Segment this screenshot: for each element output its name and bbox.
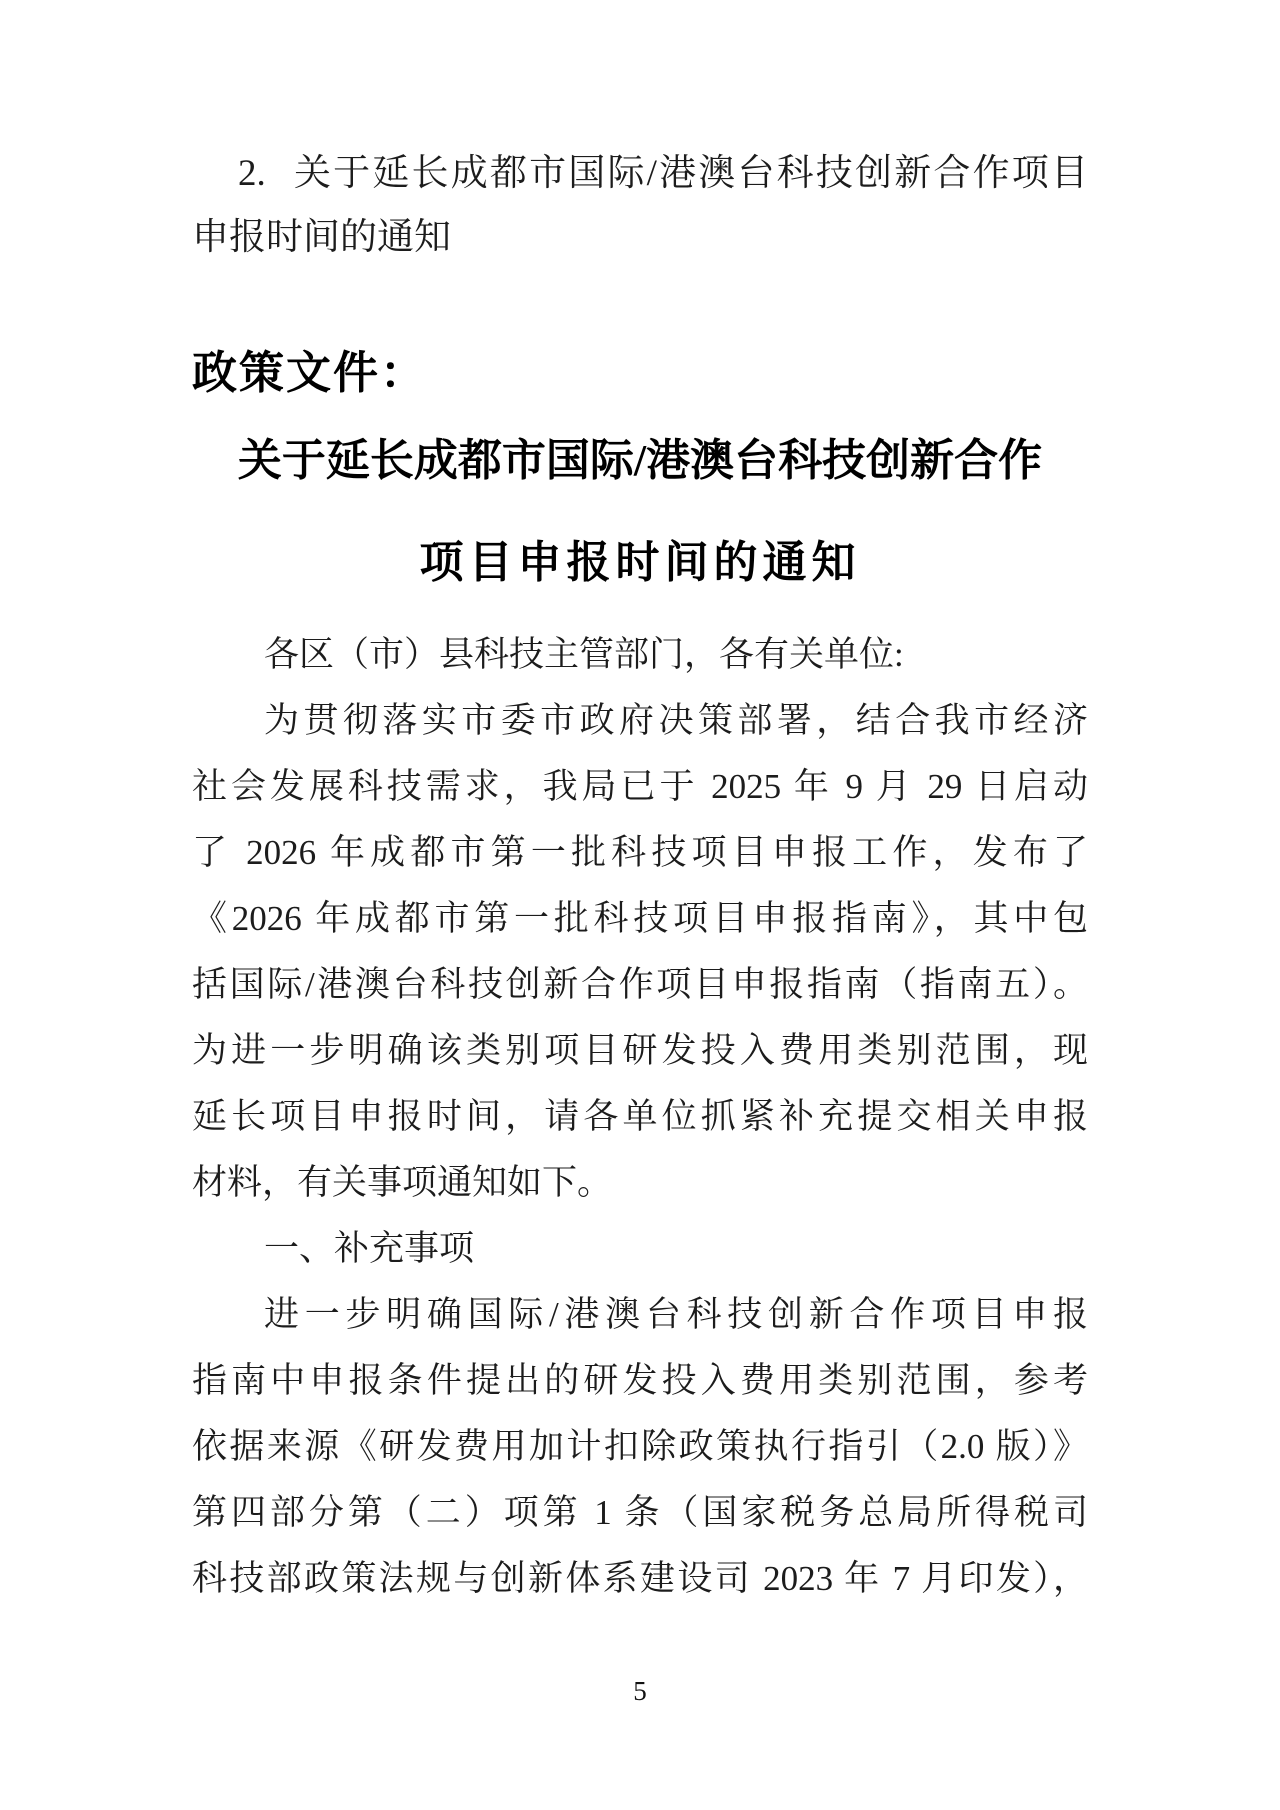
- body-line-section-heading: 一、补充事项: [192, 1216, 1088, 1282]
- notice-title-line-1: 关于延长成都市国际/港澳台科技创新合作: [192, 410, 1088, 512]
- body-text: 各区（市）县科技主管部门，各有关单位: 为贯彻落实市委市政府决策部署，结合我市经…: [192, 622, 1088, 1612]
- body-line: 进一步明确国际/港澳台科技创新合作项目申报: [192, 1282, 1088, 1348]
- list-item-line-1: 2.关于延长成都市国际/港澳台科技创新合作项目: [192, 142, 1088, 206]
- list-item: 2.关于延长成都市国际/港澳台科技创新合作项目 申报时间的通知: [192, 142, 1088, 270]
- page-number: 5: [0, 1676, 1280, 1707]
- body-line: 指南中申报条件提出的研发投入费用类别范围，参考: [192, 1348, 1088, 1414]
- notice-title-line-2: 项目申报时间的通知: [192, 512, 1088, 614]
- body-line: 材料，有关事项通知如下。: [192, 1150, 1088, 1216]
- body-line: 延长项目申报时间，请各单位抓紧补充提交相关申报: [192, 1084, 1088, 1150]
- body-line: 第四部分第（二）项第 1 条（国家税务总局所得税司: [192, 1480, 1088, 1546]
- document-page: 2.关于延长成都市国际/港澳台科技创新合作项目 申报时间的通知 政策文件： 关于…: [0, 0, 1280, 1810]
- list-item-number: 2.: [238, 153, 266, 194]
- body-line: 括国际/港澳台科技创新合作项目申报指南（指南五）。: [192, 952, 1088, 1018]
- body-line: 为贯彻落实市委市政府决策部署，结合我市经济: [192, 688, 1088, 754]
- body-line: 科技部政策法规与创新体系建设司 2023 年 7 月印发），: [192, 1546, 1088, 1612]
- policy-files-label: 政策文件：: [192, 336, 1088, 401]
- notice-title: 关于延长成都市国际/港澳台科技创新合作 项目申报时间的通知: [192, 410, 1088, 614]
- body-line: 社会发展科技需求，我局已于 2025 年 9 月 29 日启动: [192, 754, 1088, 820]
- body-line: 为进一步明确该类别项目研发投入费用类别范围，现: [192, 1018, 1088, 1084]
- body-line: 了 2026 年成都市第一批科技项目申报工作，发布了: [192, 820, 1088, 886]
- list-item-line-2: 申报时间的通知: [192, 206, 1088, 270]
- list-item-text: 关于延长成都市国际/港澳台科技创新合作项目: [292, 153, 1088, 194]
- body-line: 依据来源《研发费用加计扣除政策执行指引（2.0 版）》: [192, 1414, 1088, 1480]
- body-line: 《2026 年成都市第一批科技项目申报指南》，其中包: [192, 886, 1088, 952]
- body-line-salutation: 各区（市）县科技主管部门，各有关单位:: [192, 622, 1088, 688]
